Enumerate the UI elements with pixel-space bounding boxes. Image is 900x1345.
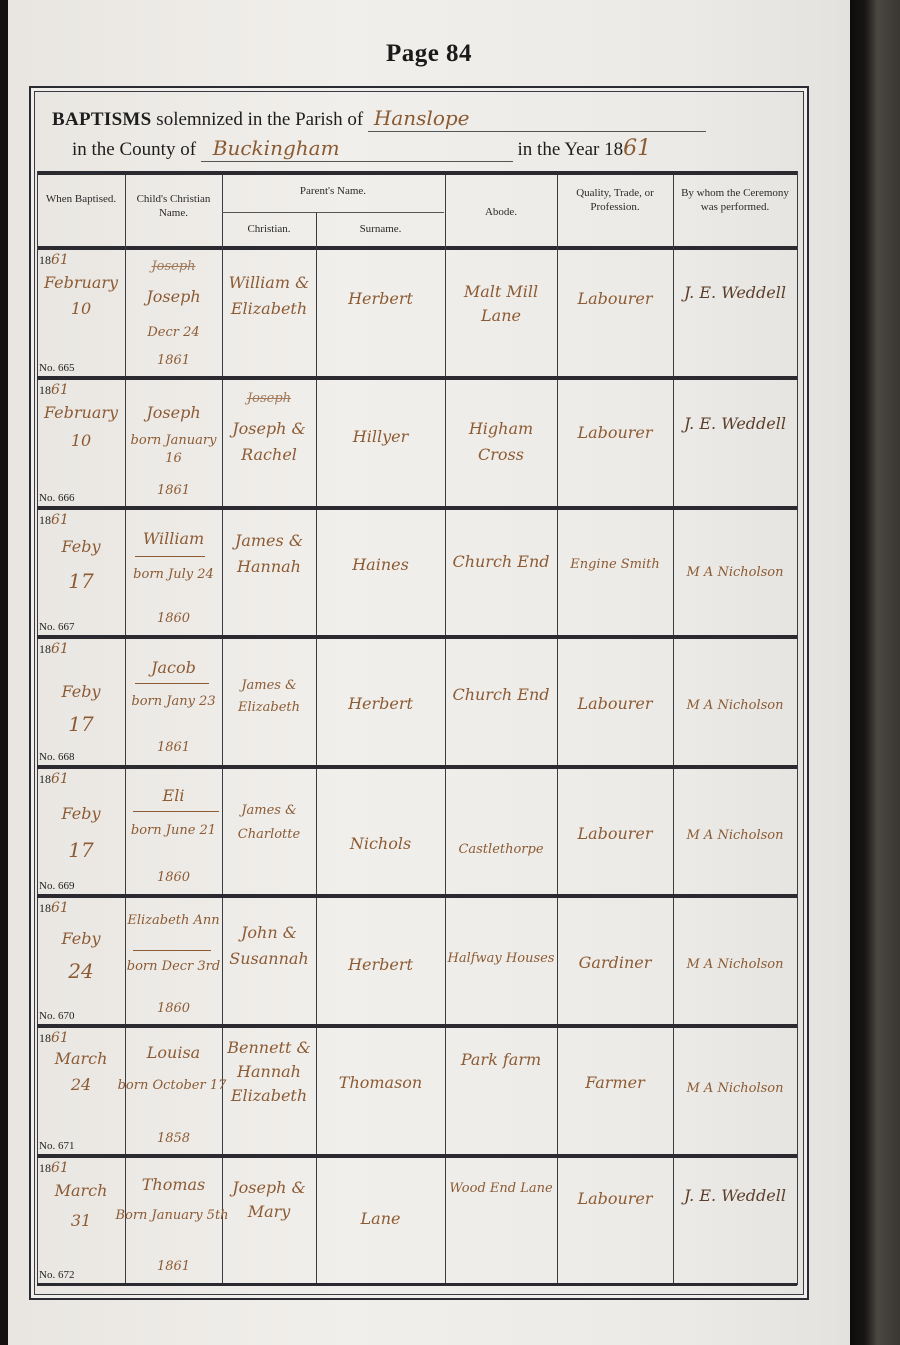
officiant: M A Nicholson [673,825,797,847]
county-field: Buckingham [201,136,513,162]
baptism-day: 17 [37,570,125,592]
abode: Halfway Houses [445,948,557,970]
officiant: M A Nicholson [673,562,797,584]
child-born-year: 1860 [125,867,222,889]
parent-surname: Herbert [316,288,445,310]
child-born-date: born Decr 3rd [125,958,222,976]
parent-surname: Herbert [316,693,445,715]
solemnized-text: solemnized in the Parish of [156,109,363,130]
child-born-date: born July 24 [125,566,222,584]
abode: Wood End Lane [445,1178,557,1200]
born-divider [133,950,211,951]
header-profession: Quality, Trade, or Profession. [563,186,667,214]
profession: Engine Smith [557,554,673,576]
baptism-month: February [37,402,125,424]
child-name-struck: Joseph [125,256,222,278]
entry-year: 1861 [39,900,69,916]
baptism-day: 10 [37,298,125,320]
table-row: 1861 March 24 No. 671 Louisa born Octobe… [37,1028,797,1154]
officiant: M A Nicholson [673,954,797,976]
baptism-month: Feby [37,681,125,703]
entry-year: 1861 [39,1030,69,1046]
header-parent-christian: Christian. [222,222,316,236]
abode: Church End [445,550,557,574]
county-label: in the County of [72,139,196,160]
parents-subheader-rule [222,212,444,213]
parish-value: Hanslope [374,106,470,130]
baptism-month: Feby [37,928,125,950]
child-born-date: born June 21 [125,821,222,841]
entry-number: No. 672 [39,1269,74,1281]
child-born-year: 1861 [125,350,222,372]
header-parent-surname: Surname. [316,222,445,236]
child-name: Eli [125,785,222,807]
entry-year: 1861 [39,771,69,787]
profession: Labourer [557,422,673,444]
parent-surname: Herbert [316,954,445,976]
entry-number: No. 665 [39,362,74,374]
parent-christian-names: James & Hannah [222,528,316,580]
entry-number: No. 667 [39,621,74,633]
child-born-year: 1861 [125,480,222,502]
baptism-month: February [37,272,125,294]
baptism-month: Feby [37,803,125,825]
child-name: Jacob [125,657,222,679]
officiant: M A Nicholson [673,695,797,717]
child-born-year: 1858 [125,1128,222,1150]
abode: Church End [445,683,557,707]
baptism-day: 17 [37,713,125,735]
abode: Malt Mill Lane [445,280,557,328]
entry-number: No. 668 [39,751,74,763]
child-born-date: born October 17 [107,1074,237,1098]
officiant: M A Nicholson [673,1078,797,1100]
child-born-date: born January 16 [125,432,222,468]
child-name: William [125,528,222,550]
profession: Labourer [557,693,673,715]
entry-number: No. 671 [39,1140,74,1152]
parent-surname: Hillyer [316,426,445,448]
baptism-month: Feby [37,536,125,558]
entry-number: No. 670 [39,1010,74,1022]
officiant: J. E. Weddell [673,278,797,308]
entry-number: No. 666 [39,492,74,504]
table-row: 1861 Feby 17 No. 669 Eli born June 21 18… [37,769,797,894]
baptism-day: 17 [37,839,125,861]
parent-surname: Haines [316,554,445,576]
child-name: Elizabeth Ann [125,912,222,930]
book-binding [850,0,900,1345]
parent-surname: Thomason [316,1072,445,1094]
child-born-year: 1861 [125,737,222,759]
parent-christian-struck: Joseph [222,388,316,410]
header-when-baptised: When Baptised. [37,192,125,206]
child-name: Louisa [125,1042,222,1064]
table-row: 1861 March 31 No. 672 Thomas Born Januar… [37,1158,797,1283]
officiant: J. E. Weddell [673,408,797,440]
year-label: in the Year 18 [518,139,624,160]
header-child-name: Child's Christian Name. [125,192,222,220]
child-name: Thomas [125,1174,222,1196]
profession: Labourer [557,288,673,310]
baptism-month: March [37,1048,125,1070]
parent-christian-names: Joseph & Rachel [222,416,316,468]
baptism-day: 24 [37,960,125,982]
child-name: Joseph [125,286,222,308]
header-top-rule [37,171,797,175]
profession: Gardiner [557,952,673,974]
child-born-date: Decr 24 [125,322,222,344]
profession: Farmer [557,1072,673,1094]
abode: Higham Cross [445,416,557,468]
parent-christian-names: Bennett & Hannah Elizabeth [222,1036,316,1108]
table-row: 1861 Feby 17 No. 668 Jacob born Jany 23 … [37,639,797,765]
page-title: Page 84 [8,40,850,68]
header-abode: Abode. [445,205,557,219]
abode: Park farm [445,1046,557,1074]
child-born-year: 1861 [125,1256,222,1278]
year-value: 61 [623,136,651,161]
child-born-year: 1860 [125,608,222,630]
baptism-day: 10 [37,430,125,452]
born-divider [133,811,219,812]
profession: Labourer [557,823,673,845]
entry-year: 1861 [39,512,69,528]
entry-year: 1861 [39,382,69,398]
child-born-year: 1860 [125,998,222,1020]
table-row: 1861 February 10 No. 666 Joseph born Jan… [37,380,797,506]
parent-christian-names: Joseph & Mary [222,1176,316,1224]
table-bottom-rule [37,1283,797,1286]
entry-year: 1861 [39,1160,69,1176]
profession: Labourer [557,1188,673,1210]
parent-christian-names: James & Charlotte [222,799,316,847]
born-divider [135,556,205,557]
parent-surname: Nichols [316,833,445,855]
born-divider [135,683,209,684]
child-born-date: Born January 5th [107,1204,237,1228]
entry-year: 1861 [39,252,69,268]
parent-christian-names: John & Susannah [222,920,316,972]
table-row: 1861 February 10 No. 665 Joseph Joseph D… [37,250,797,376]
entry-year: 1861 [39,641,69,657]
register-title-line-1: BAPTISMS solemnized in the Parish of Han… [52,106,706,132]
officiant: J. E. Weddell [673,1180,797,1212]
page-left-edge [0,0,8,1345]
column-divider [797,171,798,1285]
county-value: Buckingham [213,136,340,160]
parent-surname: Lane [316,1208,445,1230]
table-row: 1861 Feby 17 No. 667 William born July 2… [37,510,797,635]
parent-christian-names: William & Elizabeth [222,270,316,322]
child-name: Joseph [125,402,222,424]
table-row: 1861 Feby 24 No. 670 Elizabeth Ann born … [37,898,797,1024]
parent-christian-names: James & Elizabeth [222,675,316,719]
entry-number: No. 669 [39,880,74,892]
baptisms-heading: BAPTISMS [52,109,152,130]
abode: Castlethorpe [445,839,557,861]
register-title-line-2: in the County of Buckingham in the Year … [72,136,651,162]
parish-field: Hanslope [368,106,706,132]
header-officiant: By whom the Ceremony was performed. [679,186,791,214]
baptism-month: March [37,1180,125,1202]
header-parents-name: Parent's Name. [222,184,444,198]
child-born-date: born Jany 23 [125,693,222,711]
